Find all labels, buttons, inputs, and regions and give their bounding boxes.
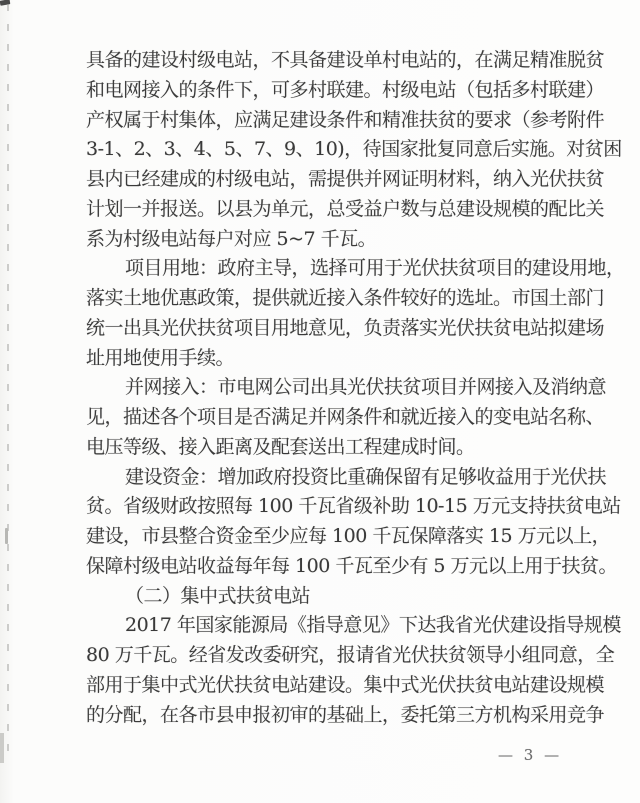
page-number: — 3 — [498, 746, 588, 764]
text-line: 的分配，在各市县申报初审的基础上，委托第三方机构采用竞争 [86, 701, 586, 731]
text-line: 建设资金：增加政府投资比重确保留有足够收益用于光伏扶 [86, 463, 586, 493]
text-line: 系为村级电站每户对应 5~7 千瓦。 [86, 225, 586, 255]
text-line: 并网接入：市电网公司出具光伏扶贫项目并网接入及消纳意 [86, 373, 586, 403]
scan-edge-mark-artifact [5, 528, 8, 544]
text-line: 计划一并报送。以县为单元，总受益户数与总建设规模的配比关 [86, 195, 586, 225]
text-line: 80 万千瓦。经省发改委研究，报请省光伏扶贫领导小组同意，全 [86, 641, 586, 671]
text-line: 2017 年国家能源局《指导意见》下达我省光伏建设指导规模 [86, 611, 586, 641]
text-line: 见，描述各个项目是否满足并网条件和就近接入的变电站名称、 [86, 403, 586, 433]
text-line: 址用地使用手续。 [86, 344, 586, 374]
text-line: 产权属于村集体，应满足建设条件和精准扶贫的要求（参考附件 [86, 106, 586, 136]
text-line: 和电网接入的条件下，可多村联建。村级电站（包括多村联建） [86, 76, 586, 106]
scan-edge-streak-artifact [0, 733, 4, 763]
text-line: 统一出具光伏扶贫项目用地意见，负责落实光伏扶贫电站拟建场 [86, 314, 586, 344]
text-line: 项目用地：政府主导，选择可用于光伏扶贫项目的建设用地， [86, 254, 586, 284]
text-line: 县内已经建成的村级电站，需提供并网证明材料，纳入光伏扶贫 [86, 165, 586, 195]
text-line: 贫。省级财政按照每 100 千瓦省级补助 10-15 万元支持扶贫电站 [86, 492, 586, 522]
text-line: 具备的建设村级电站，不具备建设单村电站的，在满足精准脱贫 [86, 46, 586, 76]
scanned-document-page: 具备的建设村级电站，不具备建设单村电站的，在满足精准脱贫和电网接入的条件下，可多… [0, 0, 640, 803]
document-body: 具备的建设村级电站，不具备建设单村电站的，在满足精准脱贫和电网接入的条件下，可多… [86, 46, 586, 730]
text-line: 保障村级电站收益每年每 100 千瓦至少有 5 万元以上用于扶贫。 [86, 552, 586, 582]
text-line: （二）集中式扶贫电站 [86, 582, 586, 612]
text-line: 部用于集中式光伏扶贫电站建设。集中式光伏扶贫电站建设规模 [86, 671, 586, 701]
scan-edge-line-artifact [7, 4, 9, 760]
text-line: 建设，市县整合资金至少应每 100 千瓦保障落实 15 万元以上， [86, 522, 586, 552]
text-line: 落实土地优惠政策，提供就近接入条件较好的选址。市国土部门 [86, 284, 586, 314]
text-line: 电压等级、接入距离及配套送出工程建成时间。 [86, 433, 586, 463]
text-line: 3-1、2、3、4、5、7、9、10)，待国家批复同意后实施。对贫困 [86, 135, 586, 165]
